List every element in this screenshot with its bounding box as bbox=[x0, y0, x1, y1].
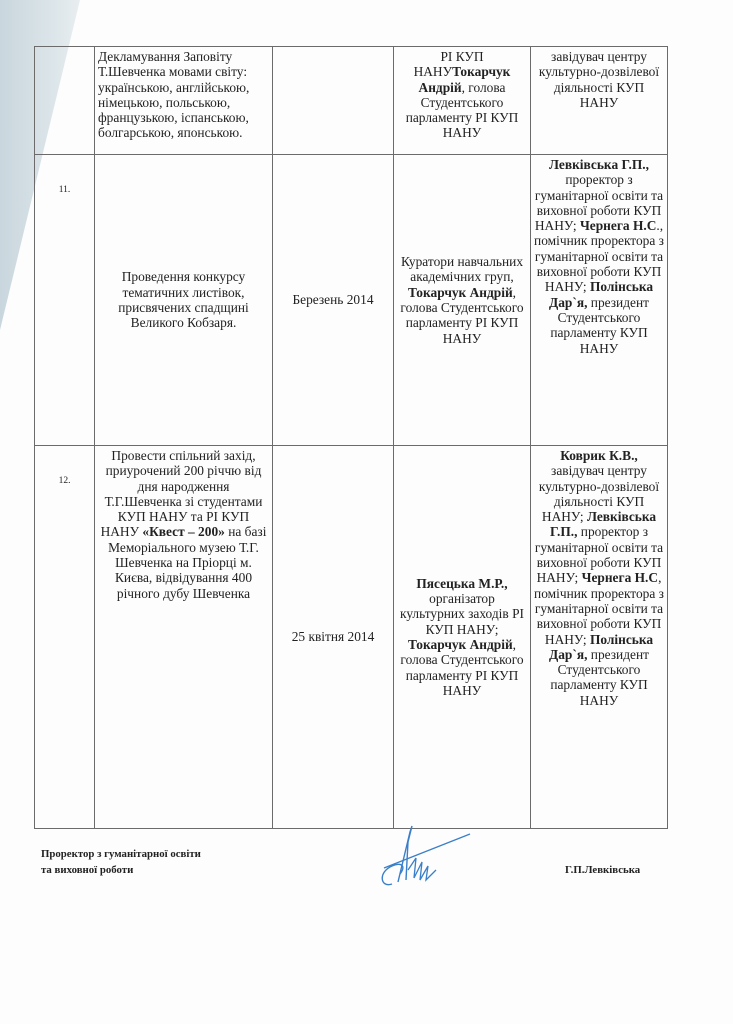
event-date: 25 квітня 2014 bbox=[273, 446, 394, 829]
responsible-persons: РІ КУП НАНУТокарчук Андрій, голова Студе… bbox=[394, 47, 531, 155]
person-name: Токарчук Андрій bbox=[408, 637, 513, 652]
control-persons: Левківська Г.П., проректор з гуманітарно… bbox=[531, 155, 668, 446]
person-name: Чернега Н.С bbox=[582, 570, 658, 585]
person-name: Коврик К.В., bbox=[560, 448, 638, 463]
person-name: Левківська Г.П., bbox=[549, 157, 649, 172]
row-number bbox=[35, 47, 95, 155]
person-name: Токарчук Андрій bbox=[408, 285, 513, 300]
control-persons: Коврик К.В., завідувач центру культурно-… bbox=[531, 446, 668, 829]
table-row: 11. Проведення конкурсу тематичних листі… bbox=[35, 155, 668, 446]
responsible-persons: Куратори навчальних академічних груп, То… bbox=[394, 155, 531, 446]
event-date: Березень 2014 bbox=[273, 155, 394, 446]
row-number: 12. bbox=[35, 446, 95, 829]
table-row: 12. Провести спільний захід, приурочений… bbox=[35, 446, 668, 829]
role-text: завідувач центру культурно-дозвілевої ді… bbox=[539, 49, 659, 110]
table-row: Декламування Заповіту Т.Шевченка мовами … bbox=[35, 47, 668, 155]
responsible-persons: Пясецька М.Р., організатор культурних за… bbox=[394, 446, 531, 829]
person-name: Пясецька М.Р., bbox=[416, 576, 507, 591]
control-persons: завідувач центру культурно-дозвілевої ді… bbox=[531, 47, 668, 155]
position-line-1: Проректор з гуманітарної освіти bbox=[41, 846, 201, 862]
event-description: Декламування Заповіту Т.Шевченка мовами … bbox=[95, 47, 273, 155]
handwritten-signature bbox=[362, 822, 482, 892]
person-name: «Квест – 200» bbox=[142, 524, 224, 539]
event-description: Проведення конкурсу тематичних листівок,… bbox=[95, 155, 273, 446]
event-description: Провести спільний захід, приурочений 200… bbox=[95, 446, 273, 829]
role-text: Куратори навчальних академічних груп, bbox=[401, 254, 523, 284]
role-text: організатор культурних заходів РІ КУП НА… bbox=[400, 591, 524, 637]
position-line-2: та виховної роботи bbox=[41, 862, 201, 878]
row-number: 11. bbox=[35, 155, 95, 446]
person-name: Чернега Н.С bbox=[580, 218, 656, 233]
signatory-position: Проректор з гуманітарної освіти та вихов… bbox=[41, 846, 201, 878]
events-plan-table: Декламування Заповіту Т.Шевченка мовами … bbox=[34, 46, 668, 829]
event-date bbox=[273, 47, 394, 155]
signatory-name: Г.П.Левківська bbox=[565, 862, 640, 878]
